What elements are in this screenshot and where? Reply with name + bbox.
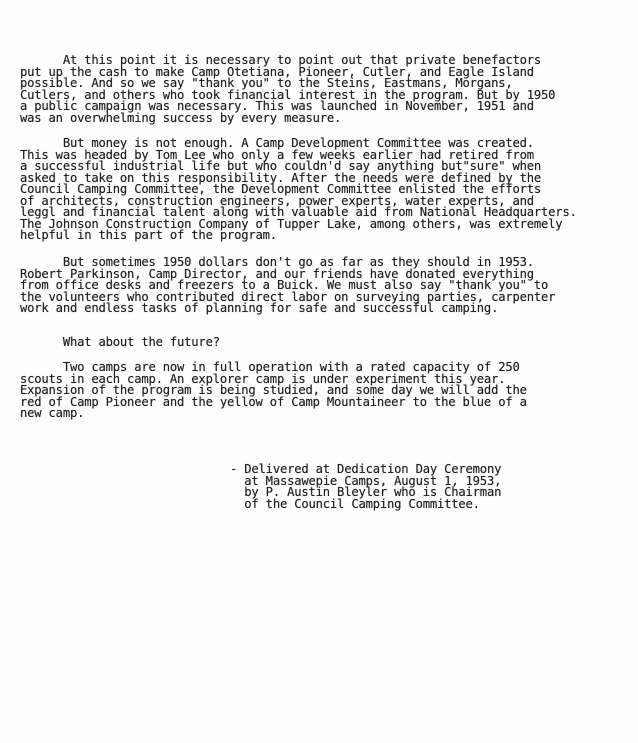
paragraph-development-committee: But money is not enough. A Camp Developm… [20,138,577,242]
paragraph-future-question: What about the future? [20,337,220,349]
paragraph-camps-outlook: Two camps are now in full operation with… [20,362,527,420]
paragraph-donations: But sometimes 1950 dollars don't go as f… [20,257,555,315]
document-page: At this point it is necessary to point o… [0,0,638,743]
attribution-note: - Delivered at Dedication Day Ceremony a… [230,464,501,510]
paragraph-benefactors: At this point it is necessary to point o… [20,55,555,124]
